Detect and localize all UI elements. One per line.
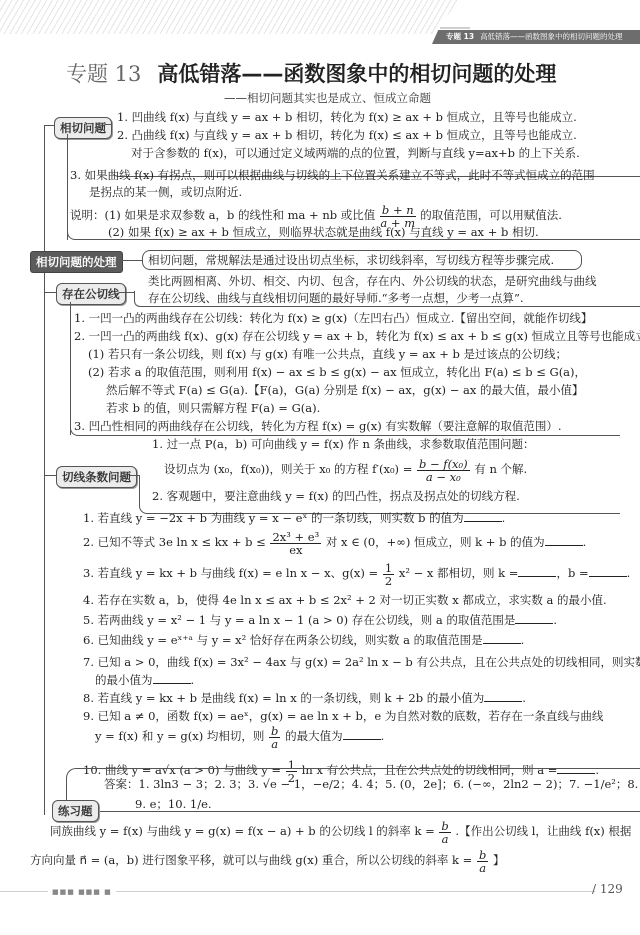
- answer-blank: [515, 614, 553, 624]
- common-tangent-line-1: 1. 一凹一凸的两曲线存在公切线：转化为 f(x) ≥ g(x)（左凹右凸）恒成…: [74, 310, 592, 326]
- tree-branch: [44, 125, 54, 126]
- answer-blank: [484, 692, 522, 702]
- tree-branch: [105, 124, 111, 125]
- tree-branch: [44, 292, 56, 293]
- page-number: / 129: [592, 882, 623, 896]
- tree-branch: [119, 292, 135, 293]
- tangent-item-3-line2: 是拐点的某一侧，或切点附近.: [89, 184, 242, 200]
- exercise-7-line2: 的最小值为.: [95, 672, 194, 688]
- closing-line-2: 方向向量 n⃗ = (a，b) 进行图象平移，就可以与曲线 g(x) 重合，所以…: [30, 845, 504, 875]
- tag-tangent-problem: 相切问题: [54, 117, 112, 139]
- tangent-item-1: 1. 凹曲线 f(x) 与直线 y = ax + b 相切，转化为 f(x) ≥…: [117, 109, 577, 125]
- exercise-1: 1. 若直线 y = −2x + b 为曲线 y = x − eˣ 的一条切线，…: [83, 510, 505, 526]
- tangent-item-2: 2. 凸曲线 f(x) 与直线 y = ax + b 相切，转化为 f(x) ≤…: [117, 127, 577, 143]
- tangent-note-2: (2) 如果 f(x) ≥ ax + b 恒成立，则临界状态就是曲线 f(x) …: [108, 224, 539, 240]
- common-tangent-intro-1: 类比两圆相离、外切、相交、内切、包含，存在内、外公切线的状态，是研究曲线与曲线: [148, 273, 597, 289]
- tangent-item-note: 对于含参数的 f(x)，可以通过定义域两端的点的位置，判断与直线 y=ax+b …: [131, 145, 580, 161]
- common-tangent-line-2: 2. 一凹一凸的两曲线 f(x)、g(x) 存在公切线 y = ax + b，转…: [74, 328, 640, 344]
- exercise-3: 3. 若直线 y = kx + b 与曲线 f(x) = e ln x − x、…: [83, 558, 630, 588]
- footer-decoration: ■■■ ■■■ ■: [48, 888, 116, 896]
- exercise-6: 6. 已知曲线 y = eˣ⁺ᵃ 与 y = x² 恰好存在两条公切线，则实数 …: [83, 632, 524, 648]
- fraction: 2x³ + e³ex: [270, 531, 321, 556]
- answer-blank: [464, 512, 502, 522]
- exercise-4: 4. 若存在实数 a，b，使得 4e ln x ≤ ax + b ≤ 2x² +…: [83, 592, 607, 608]
- exercise-9-line2: y = f(x) 和 y = g(x) 均相切，则 ba 的最大值为.: [95, 721, 384, 751]
- page-title: 专题 13高低错落——函数图象中的相切问题的处理: [66, 58, 556, 88]
- fraction: 12: [383, 562, 394, 587]
- tangent-item-3-line1: 3. 如果曲线 f(x) 有拐点，则可以根据曲线与切线的上下位置关系建立不等式，…: [70, 167, 595, 183]
- common-tangent-line-6: 若求 b 的值，则只需解方程 F(a) = G(a).: [106, 400, 320, 416]
- common-tangent-line-5: 然后解不等式 F(a) ≤ G(a).【F(a)，G(a) 分别是 f(x) −…: [106, 382, 583, 398]
- common-tangent-intro-2: 存在公切线、曲线与直线相切问题的最好导师.“多考一点想，少考一点算”.: [148, 290, 524, 306]
- title-main: 高低错落——函数图象中的相切问题的处理: [157, 62, 556, 86]
- fraction: ba: [477, 849, 488, 874]
- running-header: 专题 13高低错落——函数图象中的相切问题的处理: [432, 30, 640, 44]
- answer-blank: [483, 634, 521, 644]
- tree-branch: [120, 260, 142, 261]
- answer-blank: [153, 674, 191, 684]
- closing-line-1: 同族曲线 y = f(x) 与曲线 y = g(x) = f(x − a) + …: [50, 816, 631, 846]
- common-tangent-line-4: (2) 若求 a 的取值范围，则利用 f(x) − ax ≤ b ≤ g(x) …: [88, 364, 586, 380]
- answers-line-2: 9. e；10. 1/e.: [135, 796, 212, 812]
- common-tangent-line-3: (1) 若只有一条公切线，则 f(x) 与 g(x) 有唯一公共点，直线 y =…: [88, 346, 567, 362]
- common-tangent-line-7: 3. 凹凸性相同的两曲线存在公切线，转化为方程 f(x) = g(x) 有实数解…: [74, 418, 562, 434]
- exercise-5: 5. 若两曲线 y = x² − 1 与 y = a ln x − 1 (a >…: [83, 612, 557, 628]
- tag-common-tangent: 存在公切线: [56, 283, 126, 305]
- exercise-7-line1: 7. 已知 a > 0，曲线 f(x) = 3x² − 4ax 与 g(x) =…: [83, 654, 640, 670]
- fraction: ba: [269, 725, 280, 750]
- tag-tangent-handling: 相切问题的处理: [30, 251, 123, 273]
- answer-blank: [343, 730, 381, 740]
- running-header-text: 高低错落——函数图象中的相切问题的处理: [480, 32, 623, 41]
- exercise-8: 8. 若直线 y = kx + b 是曲线 f(x) = ln x 的一条切线，…: [83, 690, 526, 706]
- running-header-label: 专题 13: [446, 32, 474, 41]
- tag-tangent-count: 切线条数问题: [56, 466, 137, 488]
- tangent-count-line-2: 设切点为 (x₀，f(x₀))，则关于 x₀ 的方程 f′(x₀) = b − …: [164, 454, 527, 484]
- answer-blank: [518, 567, 556, 577]
- tree-branch: [44, 475, 56, 476]
- exercise-2: 2. 已知不等式 3e ln x ≤ kx + b ≤ 2x³ + e³ex 对…: [83, 527, 586, 557]
- answers-line-1: 答案：1. 3ln3 − 3；2. 3；3. √e − 1，−e/2；4. 4；…: [104, 776, 640, 792]
- answer-blank: [545, 536, 583, 546]
- header-accent-line: [440, 27, 470, 29]
- page-subtitle: ——相切问题其实也是成立、恒成立命题: [224, 90, 431, 106]
- tangent-count-line-3: 2. 客观题中，要注意曲线 y = f(x) 的凹凸性，拐点及拐点处的切线方程.: [152, 488, 520, 504]
- tangent-count-line-1: 1. 过一点 P(a，b) 可向曲线 y = f(x) 作 n 条曲线，求参数取…: [152, 436, 535, 452]
- handling-text: 相切问题，常规解法是通过设出切点坐标，求切线斜率，写切线方程等步骤完成.: [148, 252, 554, 268]
- tree-trunk-line: [44, 125, 45, 815]
- title-prefix: 专题 13: [66, 62, 141, 86]
- answer-blank: [589, 567, 627, 577]
- fraction: b − f(x₀)a − x₀: [417, 458, 470, 483]
- fraction: ba: [439, 820, 450, 845]
- header-hatch-decoration: [0, 0, 460, 34]
